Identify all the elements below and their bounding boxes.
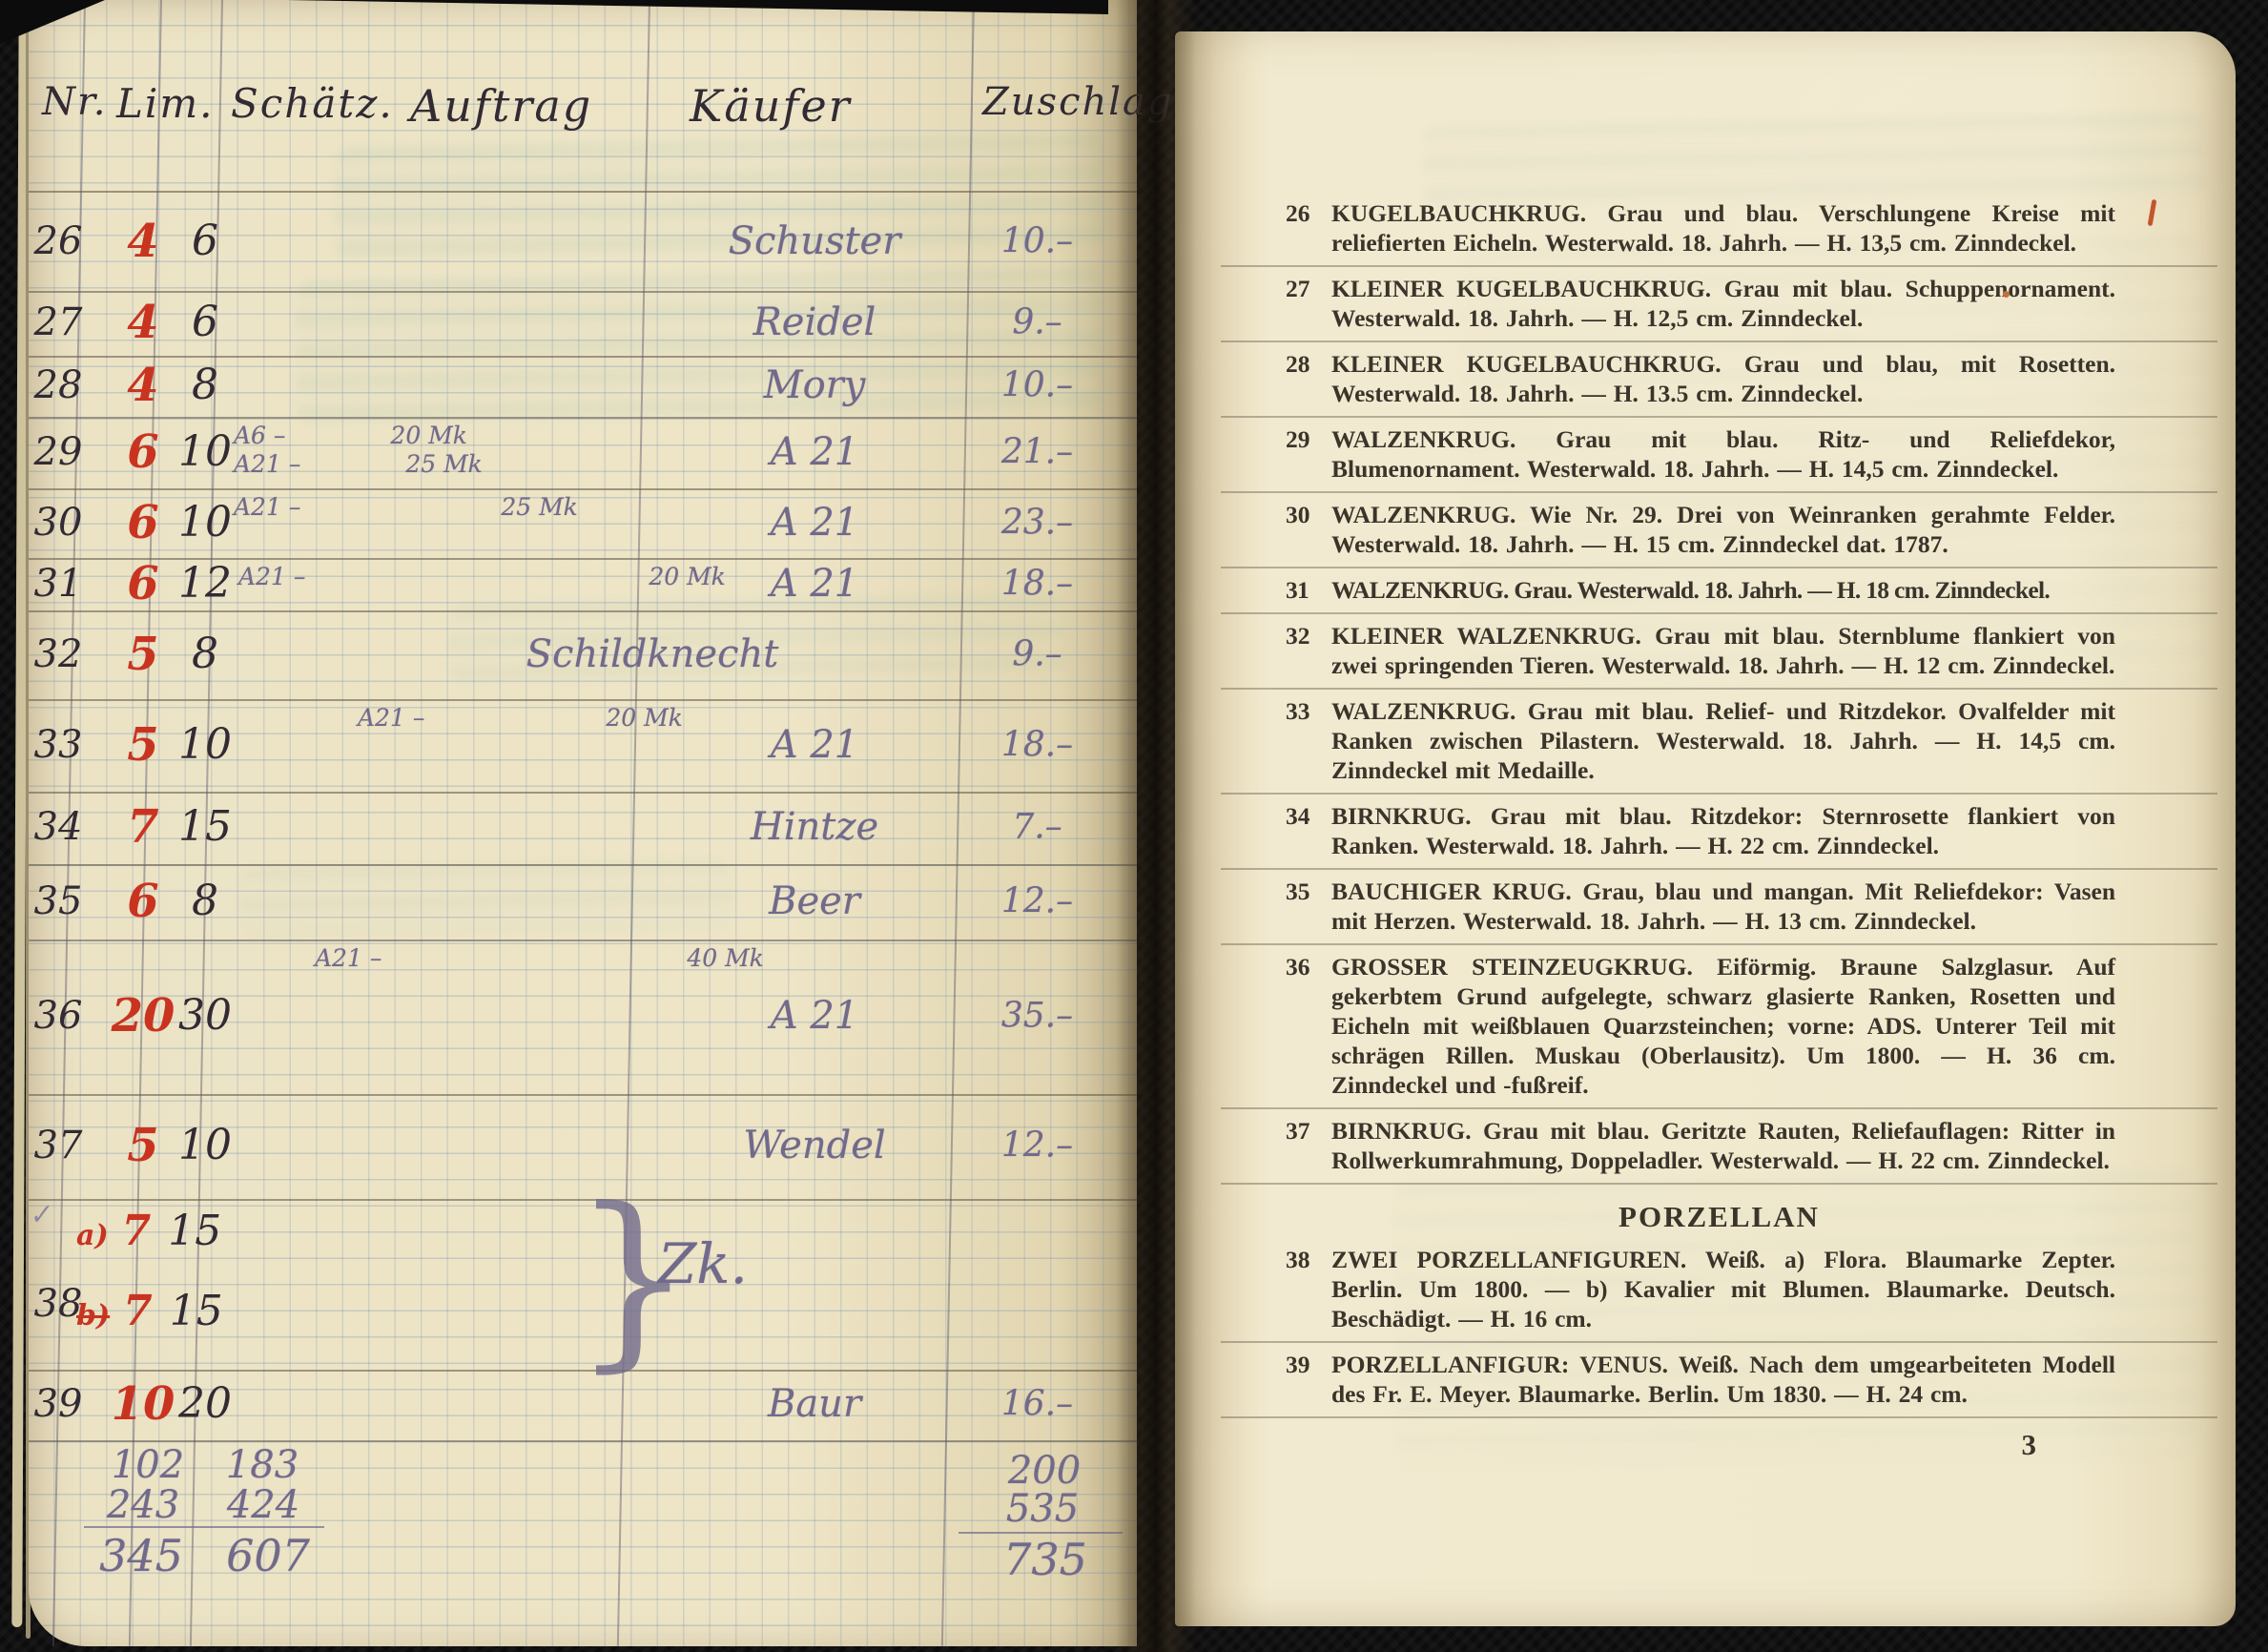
catalog-entry-number: 31 bbox=[1286, 575, 1331, 605]
catalog-entry-27: 27KLEINER KUGELBAUCHKRUG. Grau mit blau.… bbox=[1221, 267, 2217, 342]
total-zuschlag-2: 535 bbox=[980, 1490, 1104, 1528]
cell-kaeufer: Zk. bbox=[658, 1231, 748, 1296]
ledger-row-29: 29610A6 –20 MkA21 –25 MkA 2121.– bbox=[29, 417, 1137, 490]
ledger-row-34: 34715Hintze7.– bbox=[29, 792, 1137, 866]
catalog-entry-35: 35BAUCHIGER KRUG. Grau, blau und mangan.… bbox=[1221, 870, 2217, 945]
cell-zuschlag: 9.– bbox=[978, 637, 1097, 671]
cell-auftrag: A21 –20 Mk bbox=[358, 704, 683, 733]
header-schaetz: Schätz. bbox=[231, 80, 394, 127]
catalog-entry-39: 39PORZELLANFIGUR: VENUS. Weiß. Nach dem … bbox=[1221, 1343, 2217, 1418]
catalog-entry-33: 33WALZENKRUG. Grau mit blau. Relief- und… bbox=[1221, 690, 2217, 795]
auftrag-amount: 20 Mk bbox=[390, 422, 467, 450]
cell-auftrag: A21 –40 Mk bbox=[315, 944, 764, 973]
catalog-entry-number: 37 bbox=[1286, 1116, 1331, 1146]
cell-lim: 7 bbox=[123, 1287, 153, 1335]
catalog-entry-26: 26KUGELBAUCHKRUG. Grau und blau. Verschl… bbox=[1221, 192, 2217, 267]
sub-label: b) bbox=[76, 1299, 110, 1332]
total-zuschlag-1: 200 bbox=[982, 1452, 1106, 1490]
catalog-entry-text: 29WALZENKRUG. Grau mit blau. Ritz- und R… bbox=[1331, 424, 2115, 484]
cell-schaetz: 20 bbox=[172, 1383, 238, 1425]
catalog-entry-34: 34BIRNKRUG. Grau mit blau. Ritzdekor: St… bbox=[1221, 795, 2217, 870]
header-auftrag: Auftrag bbox=[410, 80, 592, 132]
ledger-row-27: 2746Reidel9.– bbox=[29, 291, 1137, 358]
catalog-entry-text: 26KUGELBAUCHKRUG. Grau und blau. Verschl… bbox=[1331, 198, 2115, 258]
cell-kaeufer: Schildknecht bbox=[494, 635, 811, 673]
ledger-row-30: 30610A21 –25 MkA 2123.– bbox=[29, 488, 1137, 560]
cell-kaeufer: Hintze bbox=[656, 808, 973, 846]
catalog-entry-number: 29 bbox=[1286, 424, 1331, 454]
catalog-entry-number: 34 bbox=[1286, 801, 1331, 831]
auftrag-code: A21 – bbox=[315, 944, 381, 972]
cell-kaeufer: A 21 bbox=[656, 997, 973, 1035]
auftrag-amount: 25 Mk bbox=[501, 493, 578, 522]
catalog-entry-37: 37BIRNKRUG. Grau mit blau. Geritzte Raut… bbox=[1221, 1109, 2217, 1185]
cell-schaetz: 8 bbox=[172, 364, 238, 406]
cell-schaetz: 15 bbox=[168, 1207, 221, 1255]
cell-nr: 33 bbox=[31, 726, 86, 764]
catalog-entry-text: 37BIRNKRUG. Grau mit blau. Geritzte Raut… bbox=[1331, 1116, 2115, 1175]
ledger-row-33: 33510A21 –20 MkA 2118.– bbox=[29, 699, 1137, 794]
cell-nr: 34 bbox=[31, 808, 86, 846]
cell-zuschlag: 18.– bbox=[978, 567, 1097, 601]
sub-row-b): b)715 bbox=[76, 1287, 223, 1335]
catalog-entry-29: 29WALZENKRUG. Grau mit blau. Ritz- und R… bbox=[1221, 418, 2217, 493]
cell-nr: 30 bbox=[31, 504, 86, 542]
cell-zuschlag: 16.– bbox=[978, 1387, 1097, 1421]
catalog-entry-38: 38ZWEI PORZELLANFIGUREN. Weiß. a) Flora.… bbox=[1221, 1238, 2217, 1343]
catalog-entry-text: 36GROSSER STEINZEUGKRUG. Eiförmig. Braun… bbox=[1331, 952, 2115, 1100]
ledger-row-36: 362030A21 –40 MkA 2135.– bbox=[29, 940, 1137, 1096]
catalog-entry-31: 31WALZENKRUG. Grau. Westerwald. 18. Jahr… bbox=[1221, 568, 2217, 614]
catalog-entry-number: 26 bbox=[1286, 198, 1331, 228]
catalog-entries-steinzeug: 26KUGELBAUCHKRUG. Grau und blau. Verschl… bbox=[1221, 192, 2217, 1185]
cell-schaetz: 15 bbox=[170, 1287, 223, 1335]
total-lim-1: 102 bbox=[95, 1446, 200, 1484]
cell-auftrag: A21 –20 Mk bbox=[238, 563, 726, 591]
catalog-entry-number: 32 bbox=[1286, 621, 1331, 650]
catalog-entry-text: 38ZWEI PORZELLANFIGUREN. Weiß. a) Flora.… bbox=[1331, 1245, 2115, 1333]
cell-kaeufer: Wendel bbox=[656, 1126, 973, 1165]
auftrag-line: A21 –25 Mk bbox=[234, 493, 578, 522]
auftrag-line: A21 –40 Mk bbox=[315, 944, 764, 973]
catalog-entry-number: 36 bbox=[1286, 952, 1331, 981]
catalog-entry-number: 30 bbox=[1286, 500, 1331, 529]
catalog-entry-text: 39PORZELLANFIGUR: VENUS. Weiß. Nach dem … bbox=[1331, 1350, 2115, 1409]
cell-schaetz: 30 bbox=[172, 995, 238, 1037]
cell-zuschlag: 10.– bbox=[978, 368, 1097, 403]
cell-schaetz: 8 bbox=[172, 880, 238, 922]
cell-kaeufer: A 21 bbox=[656, 504, 973, 542]
ledger-row-28: 2848Mory10.– bbox=[29, 356, 1137, 419]
cell-kaeufer: Baur bbox=[656, 1385, 973, 1423]
cell-kaeufer: A 21 bbox=[656, 565, 973, 603]
ledger-row-31: 31612A21 –20 MkA 2118.– bbox=[29, 558, 1137, 612]
catalog-entries-porzellan: 38ZWEI PORZELLANFIGUREN. Weiß. a) Flora.… bbox=[1221, 1238, 2217, 1418]
catalog-entry-text: 27KLEINER KUGELBAUCHKRUG. Grau mit blau.… bbox=[1331, 274, 2115, 333]
catalog-entry-28: 28KLEINER KUGELBAUCHKRUG. Grau und blau,… bbox=[1221, 342, 2217, 418]
cell-kaeufer: Reidel bbox=[656, 303, 973, 341]
auftrag-code: A6 – bbox=[234, 422, 285, 449]
cell-nr: 31 bbox=[31, 565, 86, 603]
cell-nr: 27 bbox=[31, 303, 86, 341]
cell-zuschlag: 10.– bbox=[978, 224, 1097, 258]
cell-zuschlag: 23.– bbox=[978, 506, 1097, 540]
catalog-entry-number: 35 bbox=[1286, 877, 1331, 906]
book-scan: { "ledger": { "headers": {"nr":"Nr.","li… bbox=[0, 0, 2268, 1652]
header-nr: Nr. bbox=[42, 80, 107, 124]
cell-schaetz: 10 bbox=[172, 1125, 238, 1167]
auftrag-code: A21 – bbox=[358, 704, 424, 732]
cell-schaetz: 10 bbox=[172, 431, 238, 473]
cell-schaetz: 6 bbox=[172, 301, 238, 343]
catalog-entry-30: 30WALZENKRUG. Wie Nr. 29. Drei von Weinr… bbox=[1221, 493, 2217, 568]
cell-nr: 35 bbox=[31, 882, 86, 920]
catalog-entry-text: 32KLEINER WALZENKRUG. Grau mit blau. Ste… bbox=[1331, 621, 2115, 680]
total-schaetz-sum: 607 bbox=[208, 1534, 328, 1578]
ink-speck bbox=[2003, 291, 2010, 298]
sub-row-a): a)715 bbox=[76, 1207, 221, 1255]
auftrag-code: A21 – bbox=[234, 493, 300, 521]
auftrag-amount: 40 Mk bbox=[687, 944, 764, 973]
catalog-entry-number: 39 bbox=[1286, 1350, 1331, 1379]
cell-zuschlag: 9.– bbox=[978, 305, 1097, 340]
ledger-row-32: 3258Schildknecht9.– bbox=[29, 610, 1137, 701]
cell-kaeufer: A 21 bbox=[656, 433, 973, 471]
cell-zuschlag: 35.– bbox=[978, 999, 1097, 1033]
cell-nr: 29 bbox=[31, 433, 86, 471]
catalog-entry-text: 31WALZENKRUG. Grau. Westerwald. 18. Jahr… bbox=[1331, 575, 2115, 605]
cell-zuschlag: 12.– bbox=[978, 1128, 1097, 1163]
ledger-row-39: 391020Baur16.– bbox=[29, 1370, 1137, 1442]
auftrag-code: A21 – bbox=[234, 450, 300, 478]
catalog-entry-number: 33 bbox=[1286, 696, 1331, 726]
ledger-row-35: 3568Beer12.– bbox=[29, 864, 1137, 941]
cell-nr: 32 bbox=[31, 635, 86, 673]
cell-schaetz: 15 bbox=[172, 806, 238, 848]
header-kaeufer: Käufer bbox=[690, 80, 852, 132]
auftrag-line: A21 –20 Mk bbox=[358, 704, 683, 733]
catalog-text-block: 26KUGELBAUCHKRUG. Grau und blau. Verschl… bbox=[1221, 192, 2217, 1462]
header-zuschlag: Zuschlag bbox=[982, 80, 1174, 124]
section-heading: PORZELLAN bbox=[1221, 1185, 2217, 1238]
auftrag-line: A21 –25 Mk bbox=[234, 450, 483, 479]
catalog-entry-text: 30WALZENKRUG. Wie Nr. 29. Drei von Weinr… bbox=[1331, 500, 2115, 559]
cell-schaetz: 10 bbox=[172, 502, 238, 544]
cell-schaetz: 10 bbox=[172, 724, 238, 766]
ledger-page: Nr. Lim. Schätz. Auftrag Käufer Zuschlag… bbox=[29, 0, 1137, 1646]
total-zuschlag-sum: 735 bbox=[982, 1538, 1108, 1581]
catalog-page: 26KUGELBAUCHKRUG. Grau und blau. Verschl… bbox=[1175, 31, 2236, 1626]
cell-nr: 37 bbox=[31, 1126, 86, 1165]
ledger-row-38: 38✓a)715b)715}Zk. bbox=[29, 1199, 1137, 1372]
totals-sum-rule-left bbox=[84, 1526, 324, 1528]
check-mark: ✓ bbox=[27, 1198, 53, 1232]
cell-nr: 26 bbox=[31, 222, 86, 260]
cell-kaeufer: Mory bbox=[656, 366, 973, 404]
catalog-entry-number: 38 bbox=[1286, 1245, 1331, 1274]
auftrag-code: A21 – bbox=[238, 563, 305, 590]
header-lim: Lim. bbox=[116, 80, 215, 127]
auftrag-line: A6 –20 Mk bbox=[234, 422, 483, 450]
total-schaetz-2: 424 bbox=[205, 1486, 321, 1524]
total-lim-sum: 345 bbox=[86, 1534, 196, 1578]
sub-label: a) bbox=[76, 1219, 109, 1252]
cell-auftrag: A6 –20 MkA21 –25 Mk bbox=[234, 422, 483, 479]
catalog-entry-number: 28 bbox=[1286, 349, 1331, 379]
page-number: 3 bbox=[1221, 1428, 2036, 1462]
cell-zuschlag: 12.– bbox=[978, 884, 1097, 919]
cell-zuschlag: 7.– bbox=[978, 810, 1097, 844]
cell-schaetz: 6 bbox=[172, 220, 238, 262]
cell-schaetz: 8 bbox=[172, 633, 238, 675]
cell-auftrag: A21 –25 Mk bbox=[234, 493, 578, 522]
catalog-entry-text: 28KLEINER KUGELBAUCHKRUG. Grau und blau,… bbox=[1331, 349, 2115, 408]
catalog-entry-text: 34BIRNKRUG. Grau mit blau. Ritzdekor: St… bbox=[1331, 801, 2115, 860]
auftrag-amount: 25 Mk bbox=[405, 450, 483, 479]
ledger-row-26: 2646Schuster10.– bbox=[29, 193, 1137, 293]
cell-lim: 7 bbox=[122, 1207, 152, 1255]
cell-nr: 39 bbox=[31, 1385, 86, 1423]
catalog-entry-text: 35BAUCHIGER KRUG. Grau, blau und mangan.… bbox=[1331, 877, 2115, 936]
catalog-entry-36: 36GROSSER STEINZEUGKRUG. Eiförmig. Braun… bbox=[1221, 945, 2217, 1109]
cell-kaeufer: Beer bbox=[656, 882, 973, 920]
cell-schaetz: 12 bbox=[172, 563, 238, 605]
total-schaetz-1: 183 bbox=[205, 1446, 320, 1484]
cell-kaeufer: Schuster bbox=[656, 222, 973, 260]
auftrag-line: A21 –20 Mk bbox=[238, 563, 726, 591]
catalog-entry-number: 27 bbox=[1286, 274, 1331, 303]
catalog-entry-text: 33WALZENKRUG. Grau mit blau. Relief- und… bbox=[1331, 696, 2115, 785]
cell-zuschlag: 18.– bbox=[978, 728, 1097, 762]
cell-nr: 36 bbox=[31, 997, 86, 1035]
cell-nr: 28 bbox=[31, 366, 86, 404]
total-lim-2: 243 bbox=[90, 1486, 196, 1524]
cell-kaeufer: A 21 bbox=[656, 726, 973, 764]
catalog-entry-32: 32KLEINER WALZENKRUG. Grau mit blau. Ste… bbox=[1221, 614, 2217, 690]
cell-zuschlag: 21.– bbox=[978, 435, 1097, 469]
